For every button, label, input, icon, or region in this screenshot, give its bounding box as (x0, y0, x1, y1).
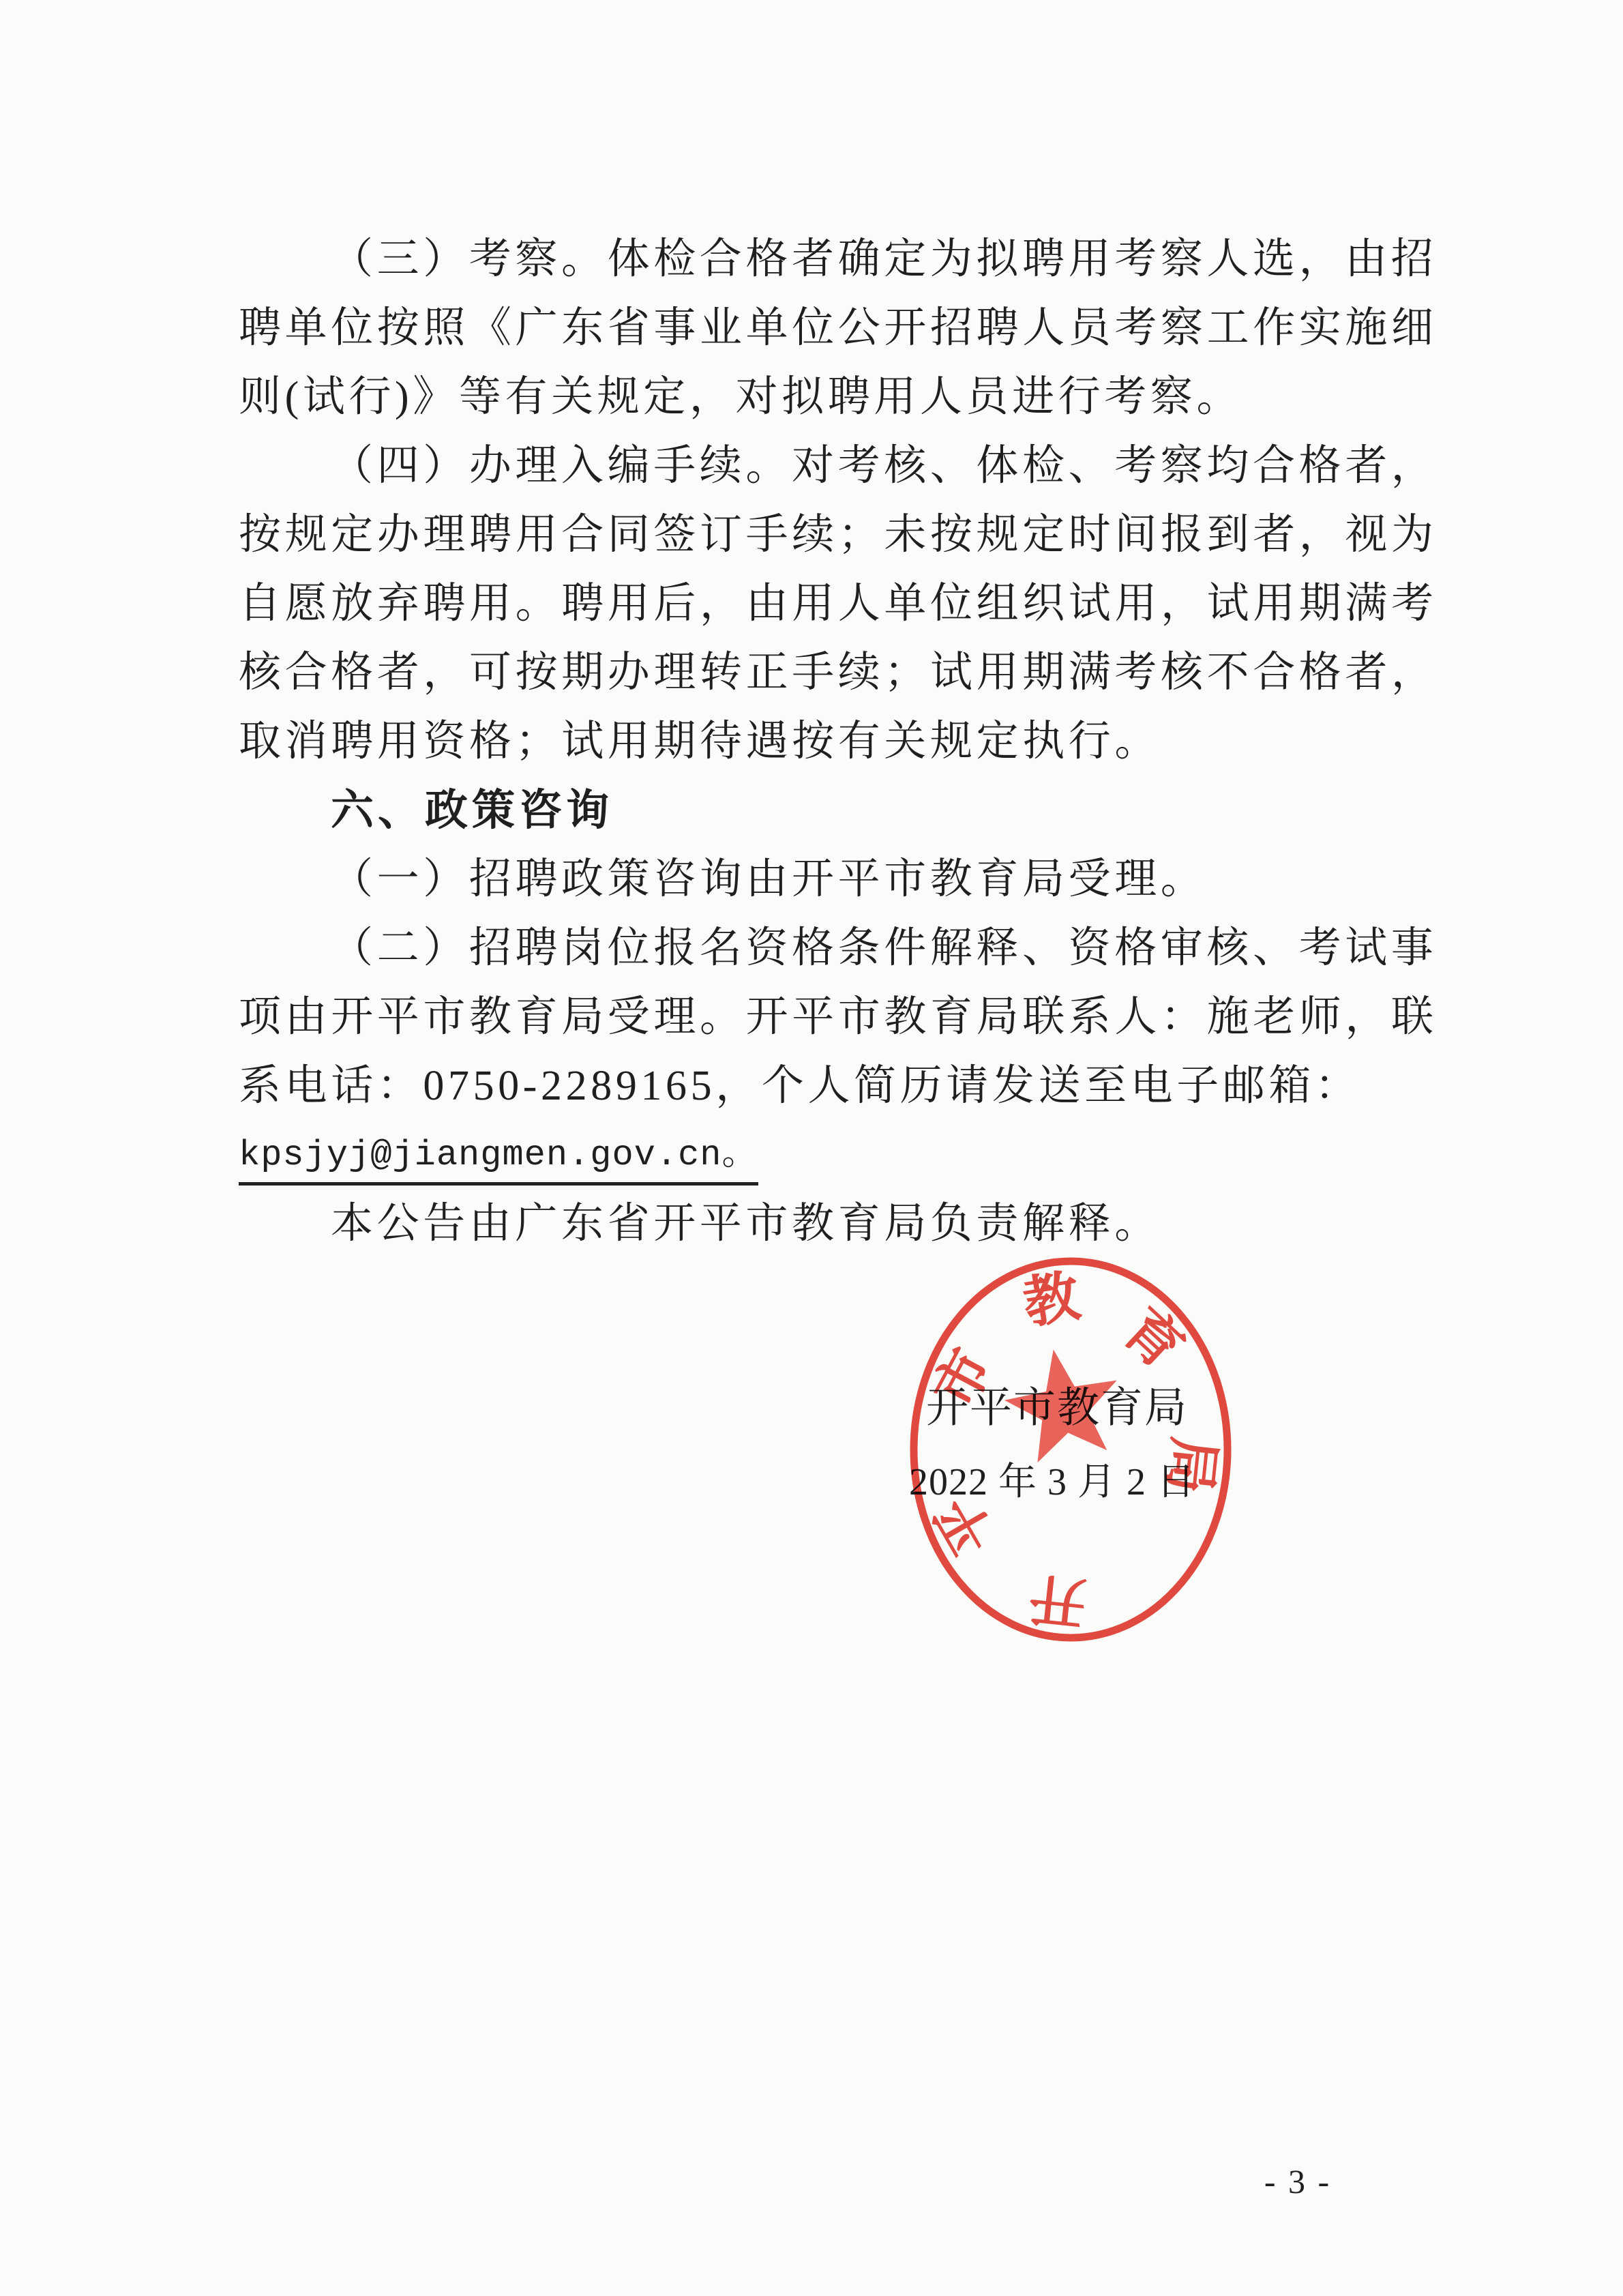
text-line: 则(试行)》等有关规定，对拟聘用人员进行考察。 (239, 363, 1442, 432)
star-icon (997, 1340, 1129, 1467)
text-line: 自愿放弃聘用。聘用后，由用人单位组织试用，试用期满考 (239, 570, 1442, 638)
scanned-document-page: { "colors": { "ink": "#1f1f1f", "stamp_r… (0, 0, 1623, 2296)
text-line: 按规定办理聘用合同签订手续；未按规定时间报到者，视为 (239, 501, 1442, 570)
section-heading: 六、政策咨询 (239, 776, 1442, 845)
text-line: 系电话：0750-2289165，个人简历请发送至电子邮箱： (239, 1052, 1442, 1121)
text-line: （四）办理入编手续。对考核、体检、考察均合格者， (239, 432, 1442, 501)
seal-arc-char: 开 (1026, 1566, 1088, 1634)
text-line: （三）考察。体检合格者确定为拟聘用考察人选，由招 (239, 225, 1442, 294)
text-line: （二）招聘岗位报名资格条件解释、资格审核、考试事 (239, 914, 1442, 983)
text-line: 取消聘用资格；试用期待遇按有关规定执行。 (239, 707, 1442, 776)
email-address: kpsjyj@jiangmen.gov.cn。 (239, 1135, 758, 1186)
text-line: 聘单位按照《广东省事业单位公开招聘人员考察工作实施细 (239, 294, 1442, 363)
text-line: 核合格者，可按期办理转正手续；试用期满考核不合格者， (239, 638, 1442, 707)
document-body: （三）考察。体检合格者确定为拟聘用考察人选，由招 聘单位按照《广东省事业单位公开… (239, 225, 1442, 1259)
page-number: - 3 - (1264, 2162, 1331, 2201)
email-line: kpsjyj@jiangmen.gov.cn。 (239, 1121, 1442, 1190)
seal-arc-char: 教 (1019, 1265, 1084, 1335)
text-line: 项由开平市教育局受理。开平市教育局联系人：施老师，联 (239, 983, 1442, 1052)
text-line: （一）招聘政策咨询由开平市教育局受理。 (239, 845, 1442, 914)
official-seal-stamp: 开 平 市 教 育 局 (893, 1241, 1262, 1671)
seal-arc-char: 局 (1157, 1434, 1225, 1496)
seal-arc-char: 育 (1112, 1297, 1195, 1381)
